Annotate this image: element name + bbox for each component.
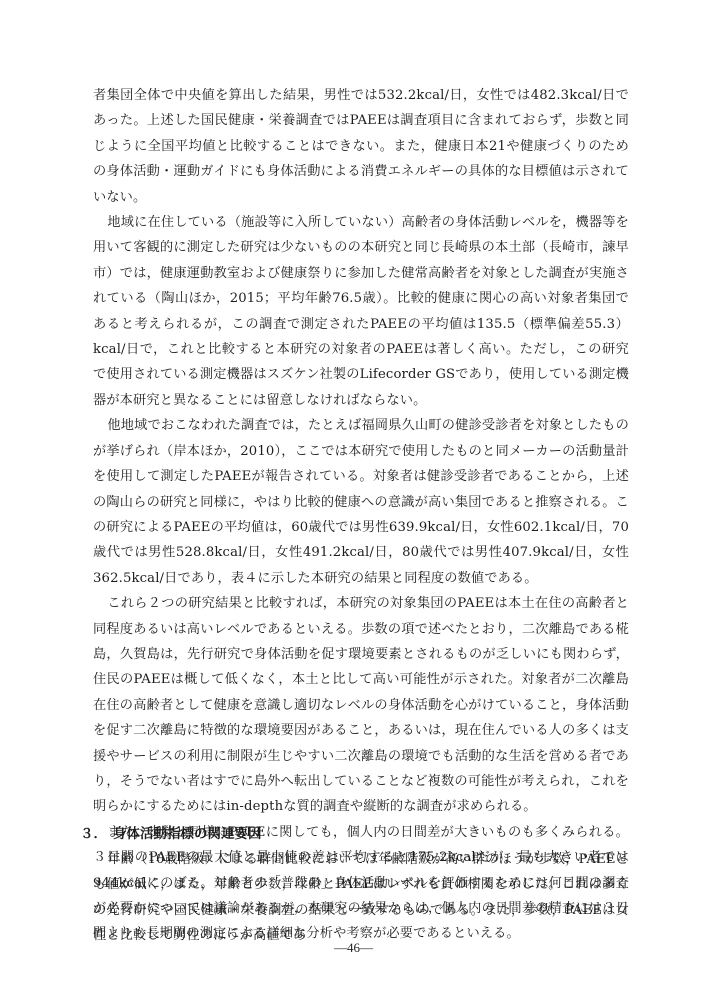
page-number: ―46― <box>0 940 707 956</box>
section-title: 身体活動指標の関連要因 <box>113 826 262 842</box>
body-text-lower: 年齢（10歳階級）による群間比較においては年齢階級が高い群のほうが歩数，PAEE… <box>93 847 629 949</box>
paragraph-6: 年齢（10歳階級）による群間比較においては年齢階級が高い群のほうが歩数，PAEE… <box>93 847 629 949</box>
section-number: ３． <box>80 826 107 842</box>
paragraph-3: 他地域でおこなわれた調査では，たとえば福岡県久山町の健診受診者を対象としたものが… <box>93 413 629 591</box>
document-page: 者集団全体で中央値を算出した結果，男性では532.2kcal/日，女性では482… <box>0 0 707 1000</box>
section-heading: ３．身体活動指標の関連要因 <box>80 822 262 847</box>
paragraph-2: 地域に在住している（施設等に入所していない）高齢者の身体活動レベルを，機器等を用… <box>93 210 629 413</box>
paragraph-4: これら２つの研究結果と比較すれば，本研究の対象集団のPAEEは本土在住の高齢者と… <box>93 591 629 820</box>
paragraph-1: 者集団全体で中央値を算出した結果，男性では532.2kcal/日，女性では482… <box>93 83 629 210</box>
body-text-upper: 者集団全体で中央値を算出した結果，男性では532.2kcal/日，女性では482… <box>93 83 629 947</box>
